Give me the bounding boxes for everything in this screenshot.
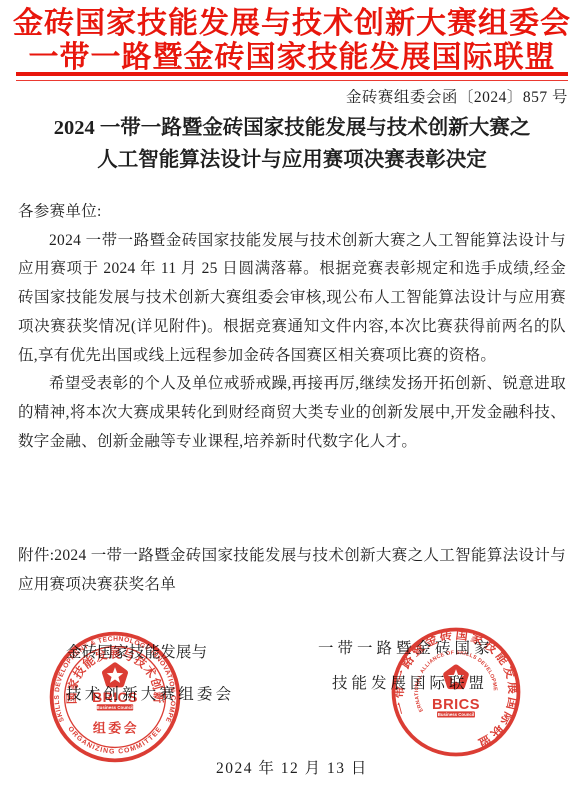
seal-ring-text: 一带一路暨金砖国家技能发展国际联盟 (385, 621, 527, 763)
seal-rotated-arcs: 一带一路暨金砖国家技能发展国际联盟 INTERNATIONAL ALLIANCE… (385, 621, 527, 763)
seal-logo-subtext: Business Council (97, 705, 134, 710)
body-paragraph-1: 2024 一带一路暨金砖国家技能发展与技术创新大赛之人工智能算法设计与应用赛项于… (18, 227, 566, 371)
letterhead-line2: 一带一路暨金砖国家技能发展国际联盟 (0, 41, 584, 74)
svg-text:一带一路暨金砖国家技能发展国际联盟: 一带一路暨金砖国家技能发展国际联盟 (385, 621, 527, 763)
letterhead-rule-thick (16, 72, 568, 76)
official-document-page: 金砖国家技能发展与技术创新大赛组委会 一带一路暨金砖国家技能发展国际联盟 金砖赛… (0, 0, 584, 810)
seal-logo-text: BRICS (92, 689, 138, 705)
document-number: 金砖赛组委会函〔2024〕857 号 (346, 85, 568, 107)
letterhead-line1: 金砖国家技能发展与技术创新大赛组委会 (0, 7, 584, 40)
brics-star-logo-icon (105, 666, 124, 684)
organizing-committee-seal-icon: BRICS SKILLS DEVELOPMENT & TECHNOLOGY IN… (43, 625, 187, 769)
seal-logo-subtext: Business Council (438, 712, 474, 717)
international-alliance-seal-icon: 一带一路暨金砖国家技能发展国际联盟 INTERNATIONAL ALLIANCE… (385, 621, 527, 763)
document-title-line1: 2024 一带一路暨金砖国家技能发展与技术创新大赛之 (0, 115, 584, 141)
document-title-line2: 人工智能算法设计与应用赛项决赛表彰决定 (0, 147, 584, 173)
seal-label: 组委会 (93, 721, 139, 736)
document-body: 各参赛单位: 2024 一带一路暨金砖国家技能发展与技术创新大赛之人工智能算法设… (18, 198, 566, 456)
body-paragraph-2: 希望受表彰的个人及单位戒骄戒躁,再接再厉,继续发扬开拓创新、锐意进取的精神,将本… (18, 370, 566, 456)
salutation: 各参赛单位: (18, 198, 566, 227)
attachment-note: 附件:2024 一带一路暨金砖国家技能发展与技术创新大赛之人工智能算法设计与应用… (18, 542, 566, 599)
letterhead-rule-thin (16, 80, 568, 81)
brics-star-logo-icon (447, 668, 466, 686)
seal-logo-text: BRICS (432, 697, 480, 713)
